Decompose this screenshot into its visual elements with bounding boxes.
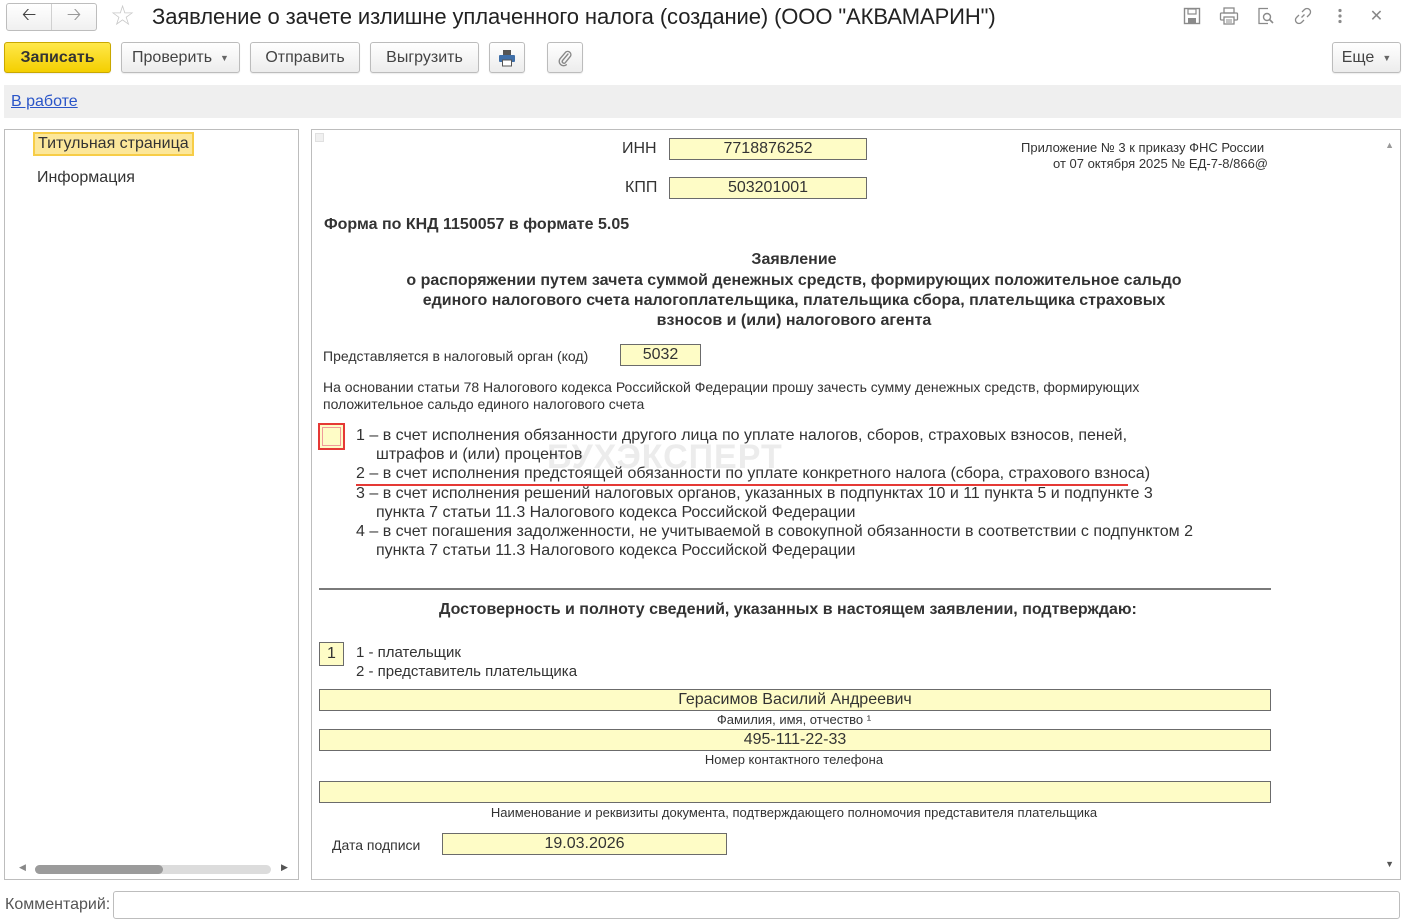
printer-icon bbox=[498, 49, 516, 67]
scroll-thumb[interactable] bbox=[35, 865, 163, 874]
basis-line-1: На основании статьи 78 Налогового кодекс… bbox=[323, 379, 1139, 395]
signer-option-1: 1 - плательщик bbox=[356, 644, 461, 661]
window-title: Заявление о зачете излишне уплаченного н… bbox=[152, 4, 996, 30]
inn-field[interactable]: 7718876252 bbox=[669, 138, 867, 160]
phone-label: Номер контактного телефона bbox=[312, 752, 1276, 767]
appendix-line-2: от 07 октября 2025 № ЕД-7-8/866@ bbox=[1053, 156, 1268, 171]
representative-document-label: Наименование и реквизиты документа, подт… bbox=[312, 805, 1276, 820]
history-nav: 🡠 🡢 bbox=[6, 3, 97, 31]
save-button[interactable]: Записать bbox=[4, 42, 111, 73]
scroll-up-icon[interactable]: ▲ bbox=[1385, 140, 1394, 150]
more-vertical-icon[interactable] bbox=[1321, 4, 1358, 28]
title-bar: 🡠 🡢 ☆ Заявление о зачете излишне уплачен… bbox=[0, 0, 1403, 36]
heading-line-4: взносов и (или) налогового агента bbox=[312, 312, 1276, 330]
option-4-line-2: пункта 7 статьи 11.3 Налогового кодекса … bbox=[376, 542, 855, 560]
kpp-label: КПП bbox=[625, 179, 657, 197]
link-icon[interactable] bbox=[1284, 4, 1321, 28]
arrow-right-icon: 🡢 bbox=[67, 2, 82, 32]
check-button[interactable]: Проверить▼ bbox=[121, 42, 240, 73]
send-button[interactable]: Отправить bbox=[250, 42, 360, 73]
sidebar-item-title-page[interactable]: Титульная страница bbox=[33, 132, 194, 156]
document-panel: ▲ ▼ ИНН 7718876252 КПП 503201001 Приложе… bbox=[311, 129, 1401, 880]
status-link[interactable]: В работе bbox=[11, 93, 78, 111]
attach-button[interactable] bbox=[547, 42, 583, 73]
tax-office-label: Представляется в налоговый орган (код) bbox=[323, 348, 588, 364]
fio-label: Фамилия, имя, отчество ¹ bbox=[312, 712, 1276, 727]
scroll-left-icon[interactable]: ◀ bbox=[19, 862, 26, 873]
print-icon[interactable] bbox=[1210, 4, 1247, 28]
kpp-field[interactable]: 503201001 bbox=[669, 177, 867, 199]
forward-button[interactable]: 🡢 bbox=[52, 4, 96, 30]
option-3-line-2: пункта 7 статьи 11.3 Налогового кодекса … bbox=[376, 504, 855, 522]
title-actions: ✕ bbox=[1173, 4, 1395, 28]
basis-line-2: положительное сальдо единого налогового … bbox=[323, 396, 644, 412]
chevron-down-icon: ▼ bbox=[220, 53, 229, 63]
horizontal-scrollbar[interactable]: ◀ ▶ bbox=[19, 863, 289, 875]
arrow-left-icon: 🡠 bbox=[22, 2, 37, 32]
close-icon[interactable]: ✕ bbox=[1358, 4, 1395, 28]
more-button-label: Еще bbox=[1342, 49, 1375, 67]
section-navigator: Титульная страница Информация ◀ ▶ bbox=[4, 129, 299, 880]
signer-option-2: 2 - представитель плательщика bbox=[356, 663, 577, 680]
status-strip: В работе bbox=[4, 85, 1401, 118]
star-icon[interactable]: ☆ bbox=[110, 2, 135, 30]
print-button[interactable] bbox=[489, 42, 525, 73]
offset-type-code-field[interactable] bbox=[318, 423, 345, 450]
sidebar-item-information[interactable]: Информация bbox=[33, 167, 139, 189]
scroll-right-icon[interactable]: ▶ bbox=[281, 862, 288, 873]
tax-office-code-field[interactable]: 5032 bbox=[620, 344, 701, 366]
confirm-heading: Достоверность и полноту сведений, указан… bbox=[439, 601, 1137, 619]
inn-label: ИНН bbox=[622, 140, 657, 158]
tax-form: ИНН 7718876252 КПП 503201001 Приложение … bbox=[312, 130, 1382, 880]
heading-line-2: о распоряжении путем зачета суммой денеж… bbox=[312, 272, 1276, 290]
option-1-line-2: штрафов и (или) процентов bbox=[376, 446, 582, 464]
signer-code-field[interactable]: 1 bbox=[319, 642, 344, 666]
check-button-label: Проверить bbox=[132, 49, 212, 67]
heading-line-1: Заявление bbox=[312, 251, 1276, 269]
command-bar: Записать Проверить▼ Отправить Выгрузить … bbox=[0, 42, 1403, 74]
knd-title: Форма по КНД 1150057 в формате 5.05 bbox=[324, 216, 629, 234]
fio-field[interactable]: Герасимов Василий Андреевич bbox=[319, 689, 1271, 711]
back-button[interactable]: 🡠 bbox=[7, 4, 52, 30]
option-2-line-1: 2 – в счет исполнения предстоящей обязан… bbox=[356, 465, 1150, 483]
phone-field[interactable]: 495-111-22-33 bbox=[319, 729, 1271, 751]
preview-icon[interactable] bbox=[1247, 4, 1284, 28]
option-3-line-1: 3 – в счет исполнения решений налоговых … bbox=[356, 485, 1153, 503]
chevron-down-icon: ▼ bbox=[1382, 53, 1391, 63]
option-1-line-1: 1 – в счет исполнения обязанности другог… bbox=[356, 427, 1127, 445]
option-4-line-1: 4 – в счет погашения задолженности, не у… bbox=[356, 523, 1193, 541]
comment-input[interactable] bbox=[113, 891, 1400, 919]
heading-line-3: единого налогового счета налогоплательщи… bbox=[312, 292, 1276, 310]
representative-document-field[interactable] bbox=[319, 781, 1271, 803]
sign-date-field[interactable]: 19.03.2026 bbox=[442, 833, 727, 855]
appendix-line-1: Приложение № 3 к приказу ФНС России bbox=[1021, 140, 1264, 155]
comment-label: Комментарий: bbox=[5, 896, 110, 914]
more-button[interactable]: Еще▼ bbox=[1332, 42, 1401, 73]
save-icon[interactable] bbox=[1173, 4, 1210, 28]
sign-date-label: Дата подписи bbox=[332, 837, 420, 853]
section-divider bbox=[319, 588, 1271, 590]
paperclip-icon bbox=[557, 49, 573, 67]
scroll-down-icon[interactable]: ▼ bbox=[1385, 859, 1394, 869]
export-button[interactable]: Выгрузить bbox=[370, 42, 479, 73]
